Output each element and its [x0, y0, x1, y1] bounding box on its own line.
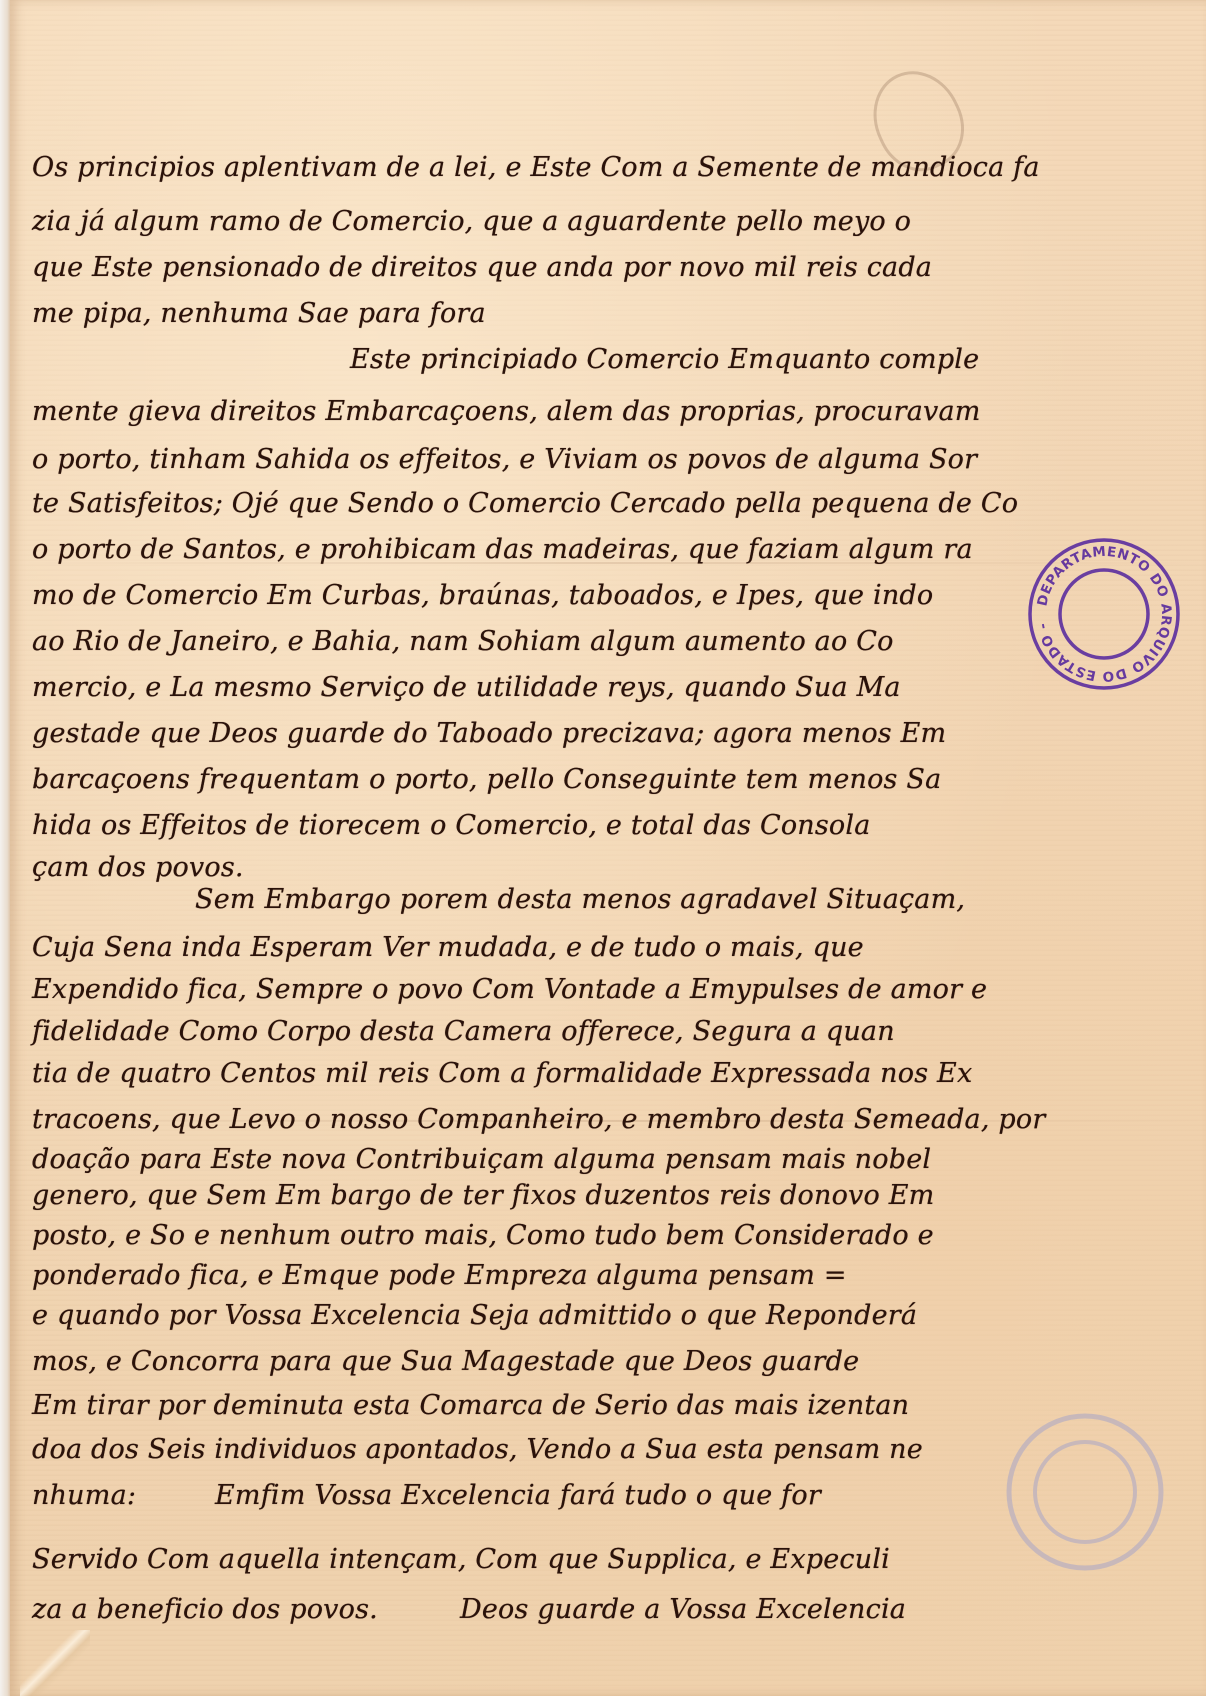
manuscript-line: doa dos Seis individuos apontados, Vendo… [32, 1430, 923, 1470]
manuscript-line: fidelidade Como Corpo desta Camera offer… [32, 1012, 895, 1052]
manuscript-line: que Este pensionado de direitos que anda… [32, 248, 932, 288]
manuscript-line: mente gieva direitos Embarcaçoens, alem … [32, 392, 981, 432]
manuscript-line: mos, e Concorra para que Sua Magestade q… [32, 1342, 859, 1382]
manuscript-line: barcaçoens frequentam o porto, pello Con… [32, 760, 941, 800]
manuscript-line: zia já algum ramo de Comercio, que a agu… [32, 202, 911, 242]
manuscript-line: ponderado fica, e Emque pode Empreza alg… [32, 1256, 847, 1296]
manuscript-line: te Satisfeitos; Ojé que Sendo o Comercio… [32, 484, 1018, 524]
manuscript-line: Os principios aplentivam de a lei, e Est… [32, 148, 1040, 188]
manuscript-line: me pipa, nenhuma Sae para fora [32, 294, 486, 334]
manuscript-line: za a beneficio dos povos. [32, 1590, 378, 1630]
manuscript-line: doação para Este nova Contribuiçam algum… [32, 1140, 931, 1180]
manuscript-line: Em tirar por deminuta esta Comarca de Se… [32, 1386, 909, 1426]
manuscript-line: ao Rio de Janeiro, e Bahia, nam Sohiam a… [32, 622, 894, 662]
manuscript-line: nhuma: [32, 1476, 136, 1516]
manuscript-line: Emfim Vossa Excelencia fará tudo o que f… [215, 1476, 821, 1516]
manuscript-line: o porto de Santos, e prohibicam das made… [32, 530, 973, 570]
archive-stamp-icon: DEPARTAMENTO DO ARQUIVO DO ESTADO - S. P… [1024, 534, 1184, 694]
manuscript-line: Este principiado Comercio Emquanto compl… [350, 340, 979, 380]
manuscript-line: o porto, tinham Sahida os effeitos, e Vi… [32, 440, 977, 480]
corner-crease [20, 1630, 90, 1696]
manuscript-line: tia de quatro Centos mil reis Com a form… [32, 1054, 972, 1094]
manuscript-line: Sem Embargo porem desta menos agradavel … [195, 880, 965, 920]
manuscript-line: hida os Effeitos de tiorecem o Comercio,… [32, 806, 871, 846]
manuscript-line: Cuja Sena inda Esperam Ver mudada, e de … [32, 928, 864, 968]
faint-stamp-icon [1003, 1410, 1168, 1575]
manuscript-line: genero, que Sem Em bargo de ter fixos du… [32, 1176, 934, 1216]
manuscript-line: gestade que Deos guarde do Taboado preci… [32, 714, 946, 754]
manuscript-line: mercio, e La mesmo Serviço de utilidade … [32, 668, 901, 708]
manuscript-line: Servido Com aquella intençam, Com que Su… [32, 1540, 890, 1580]
manuscript-line: mo de Comercio Em Curbas, braúnas, taboa… [32, 576, 933, 616]
manuscript-line: Deos guarde a Vossa Excelencia [460, 1590, 906, 1630]
manuscript-line: Expendido fica, Sempre o povo Com Vontad… [32, 970, 987, 1010]
manuscript-line: posto, e So e nenhum outro mais, Como tu… [32, 1216, 934, 1256]
manuscript-line: e quando por Vossa Excelencia Seja admit… [32, 1296, 917, 1336]
manuscript-line: tracoens, que Levo o nosso Companheiro, … [32, 1100, 1045, 1140]
